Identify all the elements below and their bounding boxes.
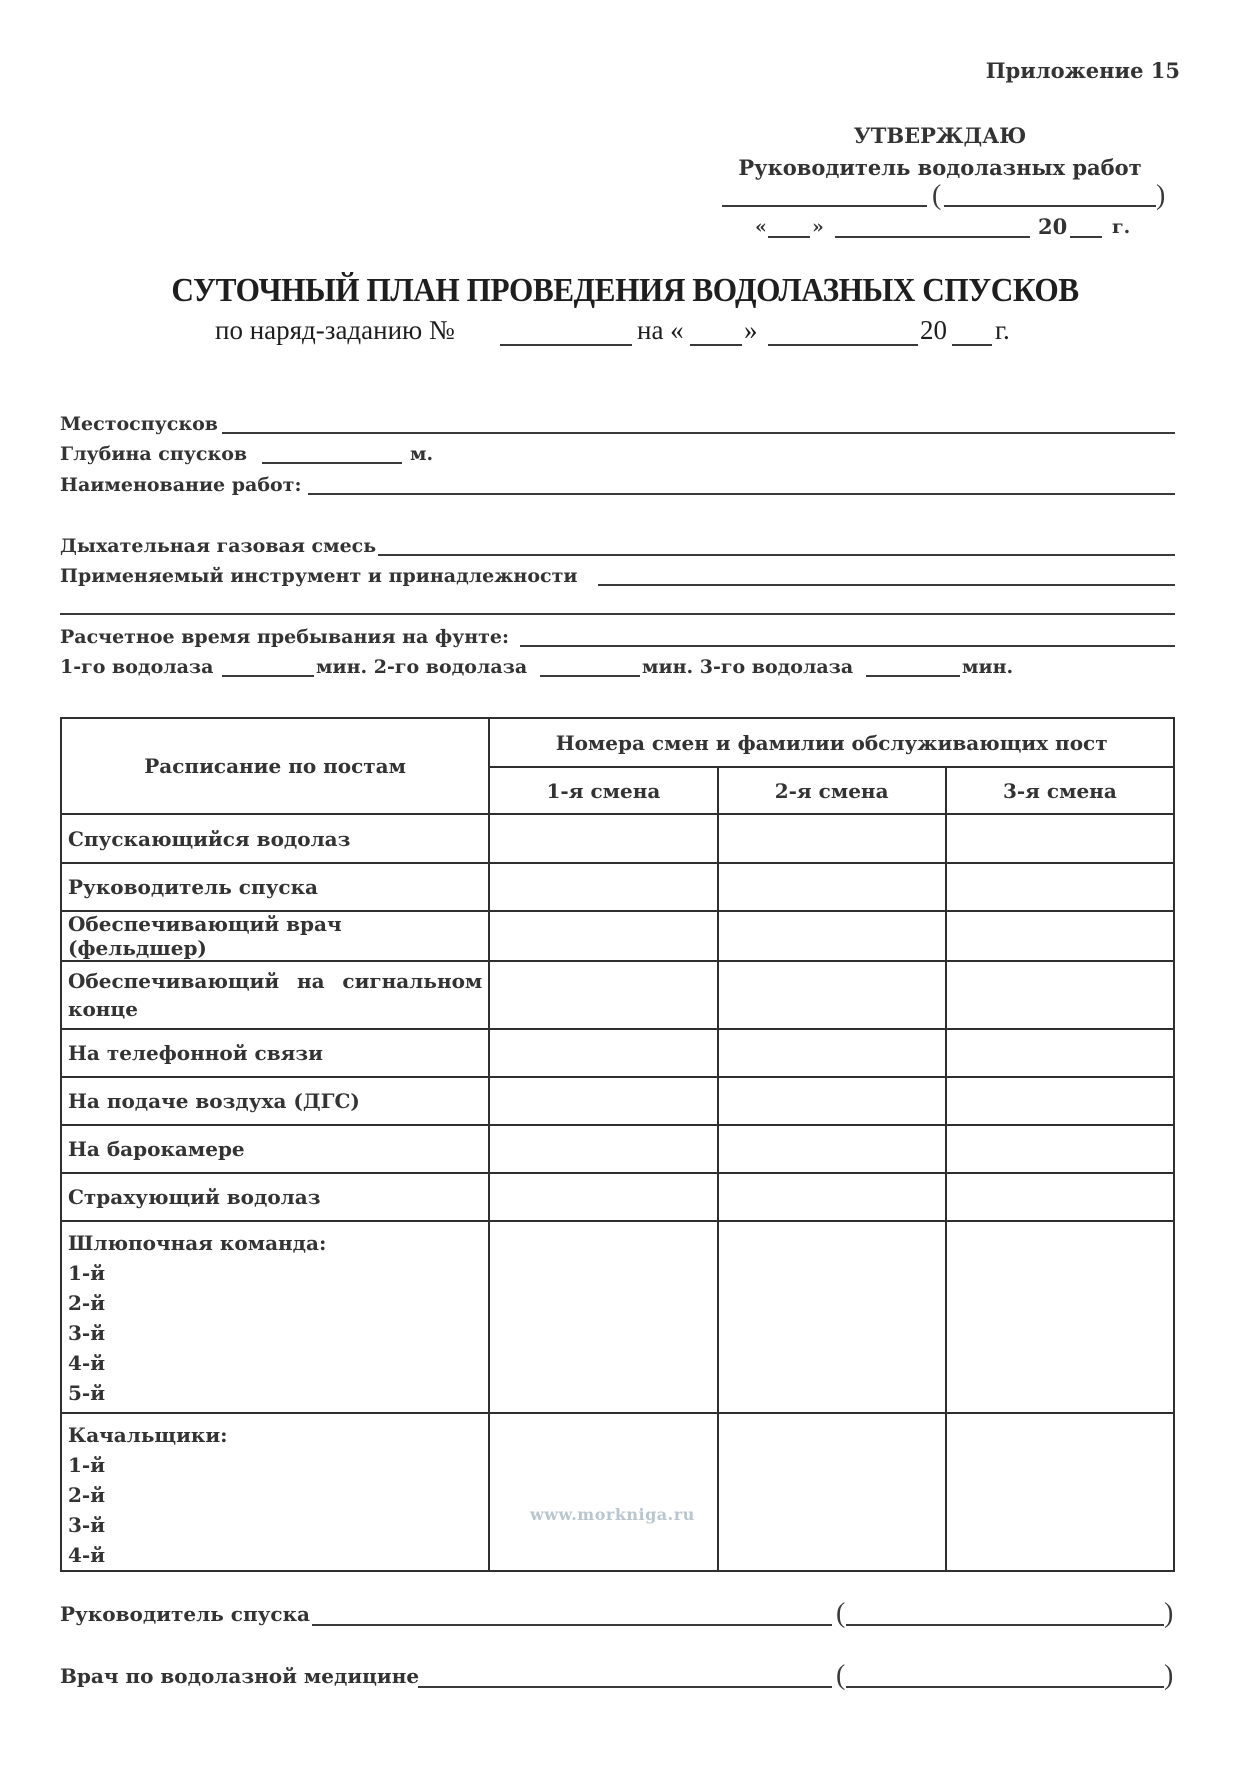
- shift-2-entry-cell[interactable]: [718, 1029, 946, 1077]
- order-label: по наряд-заданию №: [215, 315, 455, 346]
- diver3-min-suffix: мин.: [962, 656, 1013, 678]
- order-date-label: на «: [637, 315, 684, 346]
- table-row: На барокамере: [61, 1125, 1174, 1173]
- role-sub-item: 4-й: [68, 1540, 482, 1570]
- role-cell: Руководитель спуска: [61, 863, 489, 911]
- shift-2-entry-cell[interactable]: [718, 1221, 946, 1413]
- shift-3-entry-cell[interactable]: [946, 961, 1174, 1029]
- shift-2-entry-cell[interactable]: [718, 961, 946, 1029]
- shift-1-entry-cell[interactable]: [489, 863, 717, 911]
- order-year-line[interactable]: [952, 344, 992, 346]
- role-cell: Страхующий водолаз: [61, 1173, 489, 1221]
- shift-2-entry-cell[interactable]: [718, 863, 946, 911]
- document-title: СУТОЧНЫЙ ПЛАН ПРОВЕДЕНИЯ ВОДОЛАЗНЫХ СПУС…: [50, 272, 1200, 310]
- shift-2-entry-cell[interactable]: [718, 1125, 946, 1173]
- depth-label: Глубина спусков: [60, 443, 247, 465]
- time-on-ground-label: Расчетное время пребывания на фунте:: [60, 626, 509, 648]
- dive-leader-close-paren: ): [1164, 1598, 1173, 1630]
- shift-2-entry-cell[interactable]: [718, 911, 946, 961]
- role-sub-item: 1-й: [68, 1450, 482, 1480]
- approver-signature-line[interactable]: [722, 205, 927, 207]
- diver2-label: мин. 2-го водолаза: [316, 656, 527, 678]
- table-row: На телефонной связи: [61, 1029, 1174, 1077]
- order-month-line[interactable]: [768, 344, 918, 346]
- role-sub-item: 2-й: [68, 1288, 482, 1318]
- approve-year-prefix: 20: [1038, 214, 1067, 239]
- shift-header-1: 1-я смена: [489, 767, 717, 814]
- depth-input-line[interactable]: [262, 462, 402, 464]
- approve-date-close-quote: »: [812, 216, 824, 238]
- role-sub-item: 2-й: [68, 1480, 482, 1510]
- shift-3-entry-cell[interactable]: [946, 1077, 1174, 1125]
- dive-leader-name-line[interactable]: [846, 1624, 1164, 1626]
- table-row: Руководитель спуска: [61, 863, 1174, 911]
- roles-column-header: Расписание по постам: [61, 718, 489, 814]
- shift-3-entry-cell[interactable]: [946, 911, 1174, 961]
- work-name-label: Наименование работ:: [60, 474, 301, 496]
- shift-header-3: 3-я смена: [946, 767, 1174, 814]
- shift-3-entry-cell[interactable]: [946, 814, 1174, 863]
- approve-date-open-quote: «: [755, 216, 767, 238]
- shift-1-entry-cell[interactable]: [489, 1077, 717, 1125]
- doctor-signature-line[interactable]: [418, 1686, 832, 1688]
- role-cell: Качальщики:1-й2-й3-й4-й: [61, 1413, 489, 1571]
- shift-3-entry-cell[interactable]: [946, 1029, 1174, 1077]
- table-row: Шлюпочная команда:1-й2-й3-й4-й5-й: [61, 1221, 1174, 1413]
- role-sub-item: 4-й: [68, 1348, 482, 1378]
- shift-1-entry-cell[interactable]: [489, 961, 717, 1029]
- shift-1-entry-cell[interactable]: [489, 814, 717, 863]
- shift-2-entry-cell[interactable]: [718, 1077, 946, 1125]
- role-cell: Спускающийся водолаз: [61, 814, 489, 863]
- duty-roster-table: Расписание по постам Номера смен и фамил…: [60, 717, 1175, 1572]
- role-group-label: Шлюпочная команда:: [68, 1228, 482, 1258]
- diver3-time-line[interactable]: [866, 675, 960, 677]
- role-sub-item: 3-й: [68, 1318, 482, 1348]
- shift-1-entry-cell[interactable]: [489, 1173, 717, 1221]
- order-year-suffix: г.: [995, 315, 1010, 346]
- order-year-prefix: 20: [920, 315, 947, 346]
- shift-2-entry-cell[interactable]: [718, 814, 946, 863]
- shift-3-entry-cell[interactable]: [946, 863, 1174, 911]
- gas-mix-input-line[interactable]: [378, 554, 1175, 556]
- role-cell: Обеспечивающий на сигнальном конце: [61, 961, 489, 1029]
- place-input-line[interactable]: [222, 432, 1175, 434]
- approver-name-line[interactable]: [944, 205, 1156, 207]
- tools-input-line[interactable]: [598, 584, 1175, 586]
- shift-3-entry-cell[interactable]: [946, 1125, 1174, 1173]
- role-cell: Шлюпочная команда:1-й2-й3-й4-й5-й: [61, 1221, 489, 1413]
- gas-mix-label: Дыхательная газовая смесь: [60, 535, 376, 557]
- shift-1-entry-cell[interactable]: [489, 1413, 717, 1571]
- approve-title: УТВЕРЖДАЮ: [720, 120, 1160, 152]
- order-number-line[interactable]: [500, 344, 632, 346]
- shift-1-entry-cell[interactable]: [489, 1029, 717, 1077]
- table-row: Качальщики:1-й2-й3-й4-й: [61, 1413, 1174, 1571]
- approver-name-close-paren: ): [1156, 180, 1165, 212]
- table-row: Страхующий водолаз: [61, 1173, 1174, 1221]
- approver-name-open-paren: (: [932, 180, 941, 212]
- doctor-label: Врач по водолазной медицине: [60, 1664, 419, 1688]
- role-sub-item: 3-й: [68, 1510, 482, 1540]
- role-group-label: Качальщики:: [68, 1420, 482, 1450]
- dive-leader-open-paren: (: [836, 1598, 845, 1630]
- shift-2-entry-cell[interactable]: [718, 1413, 946, 1571]
- shift-1-entry-cell[interactable]: [489, 1221, 717, 1413]
- shift-1-entry-cell[interactable]: [489, 911, 717, 961]
- dive-leader-signature-line[interactable]: [312, 1624, 832, 1626]
- diver3-label: мин. 3-го водолаза: [642, 656, 853, 678]
- diver2-time-line[interactable]: [540, 675, 640, 677]
- tools-label: Применяемый инструмент и принадлежности: [60, 565, 577, 587]
- approve-month-line[interactable]: [835, 236, 1030, 238]
- role-cell: На подаче воздуха (ДГС): [61, 1077, 489, 1125]
- role-cell: На телефонной связи: [61, 1029, 489, 1077]
- approve-day-line[interactable]: [768, 236, 810, 238]
- roster-body: Спускающийся водолазРуководитель спускаО…: [61, 814, 1174, 1571]
- shift-header-2: 2-я смена: [718, 767, 946, 814]
- doctor-name-line[interactable]: [846, 1686, 1164, 1688]
- place-label: Местоспусков: [60, 413, 218, 435]
- shift-1-entry-cell[interactable]: [489, 1125, 717, 1173]
- table-row: На подаче воздуха (ДГС): [61, 1077, 1174, 1125]
- shifts-group-header: Номера смен и фамилии обслуживающих пост: [489, 718, 1174, 767]
- shift-2-entry-cell[interactable]: [718, 1173, 946, 1221]
- shift-3-entry-cell[interactable]: [946, 1413, 1174, 1571]
- doctor-open-paren: (: [836, 1660, 845, 1692]
- table-row: Спускающийся водолаз: [61, 814, 1174, 863]
- table-row: Обеспечивающий на сигнальном конце: [61, 961, 1174, 1029]
- approval-block: УТВЕРЖДАЮ Руководитель водолазных работ: [720, 120, 1160, 184]
- role-sub-item: 5-й: [68, 1378, 482, 1408]
- tools-input-line-2[interactable]: [60, 613, 1175, 615]
- approve-year-line[interactable]: [1070, 236, 1102, 238]
- appendix-number: Приложение 15: [986, 58, 1180, 83]
- dive-leader-label: Руководитель спуска: [60, 1602, 310, 1626]
- doctor-close-paren: ): [1164, 1660, 1173, 1692]
- order-date-close-quote: »: [744, 315, 758, 346]
- depth-unit: м.: [410, 443, 433, 465]
- work-name-input-line[interactable]: [308, 493, 1175, 495]
- table-row: Обеспечивающий врач (фельдшер): [61, 911, 1174, 961]
- shift-3-entry-cell[interactable]: [946, 1221, 1174, 1413]
- role-sub-item: 1-й: [68, 1258, 482, 1288]
- approve-year-suffix: г.: [1112, 216, 1130, 238]
- time-on-ground-input-line[interactable]: [520, 645, 1175, 647]
- diver1-label: 1-го водолаза: [60, 656, 213, 678]
- shift-3-entry-cell[interactable]: [946, 1173, 1174, 1221]
- diver1-time-line[interactable]: [222, 675, 314, 677]
- role-cell: На барокамере: [61, 1125, 489, 1173]
- order-day-line[interactable]: [690, 344, 742, 346]
- watermark: www.morkniga.ru: [530, 1505, 695, 1524]
- role-cell: Обеспечивающий врач (фельдшер): [61, 911, 489, 961]
